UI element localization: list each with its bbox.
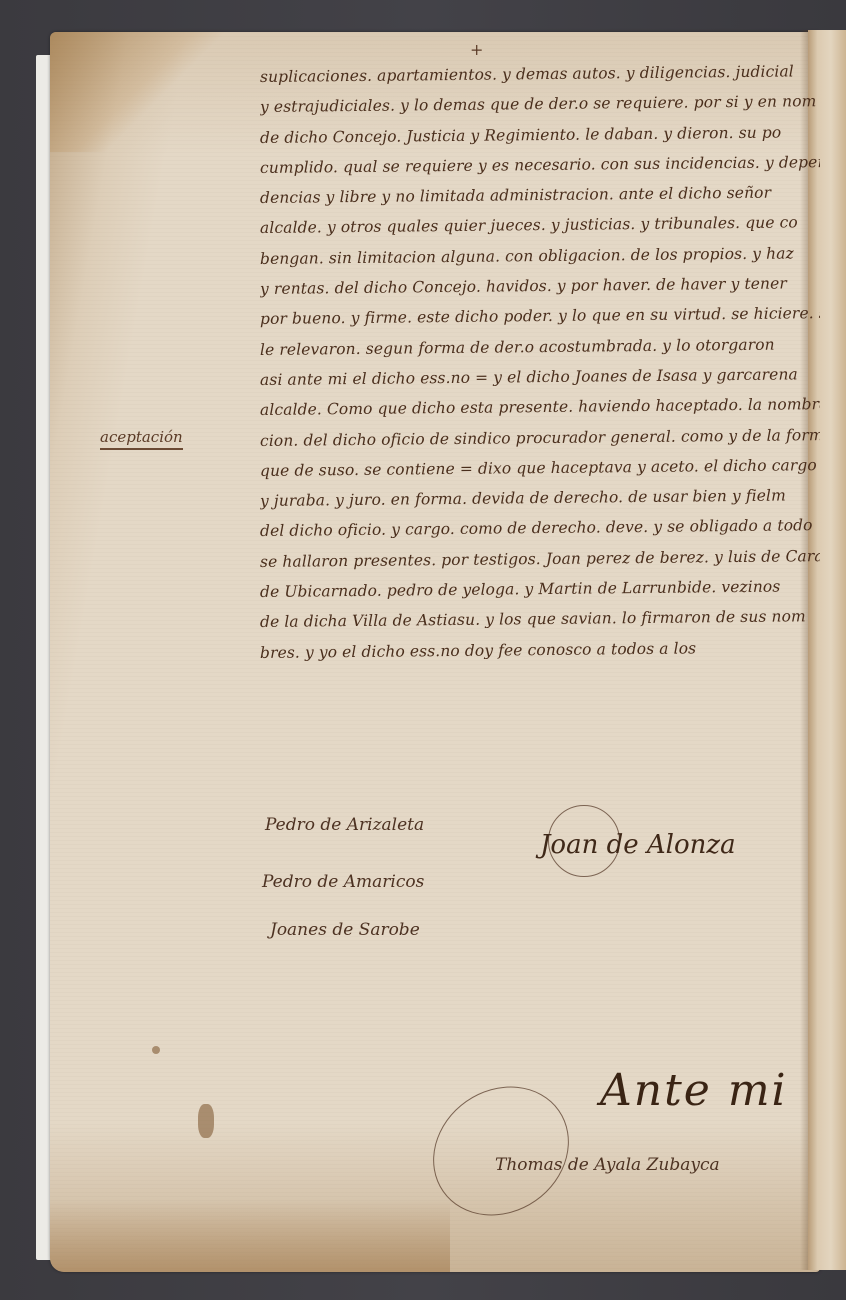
signature: Pedro de Arizaleta bbox=[265, 815, 424, 835]
manuscript-text: suplicaciones. apartamientos. y demas au… bbox=[260, 62, 820, 668]
stain-spot bbox=[198, 1104, 214, 1138]
signature: Joan de Alonza bbox=[540, 830, 736, 860]
signature: Pedro de Amaricos bbox=[262, 872, 424, 892]
bottom-stain bbox=[50, 1200, 450, 1272]
corner-stain bbox=[50, 32, 250, 152]
signature: Ante mi bbox=[600, 1065, 788, 1116]
signature: Joanes de Sarobe bbox=[270, 920, 420, 940]
ink-spot bbox=[152, 1046, 160, 1054]
folio-mark: + bbox=[470, 40, 483, 59]
signature: Thomas de Ayala Zubayca bbox=[495, 1155, 720, 1175]
margin-note: aceptación bbox=[100, 428, 183, 450]
text-line: bres. y yo el dicho ess.no doy fee conos… bbox=[260, 632, 820, 668]
